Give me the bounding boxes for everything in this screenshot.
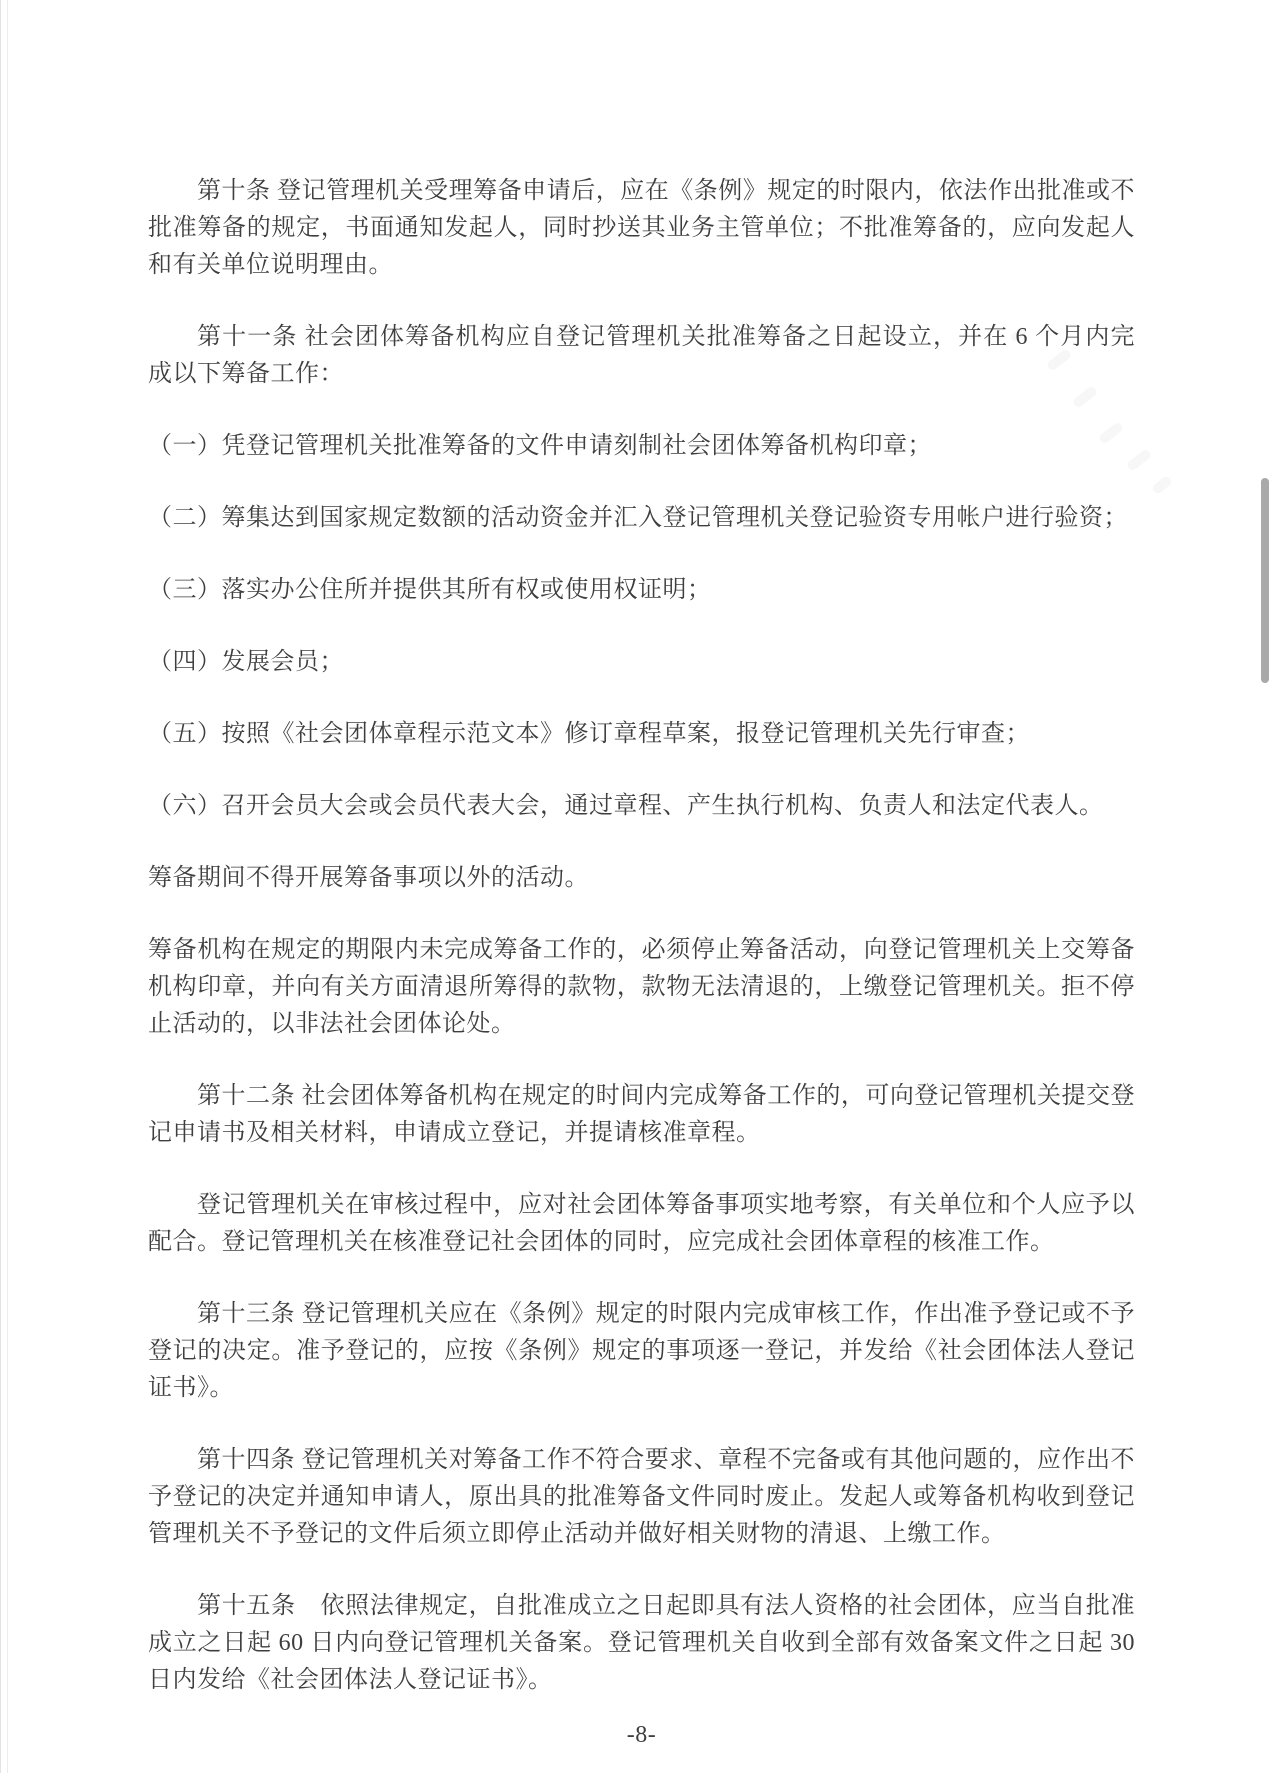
- paragraph: 第十三条 登记管理机关应在《条例》规定的时限内完成审核工作，作出准予登记或不予登…: [148, 1296, 1135, 1407]
- paragraph: 第十四条 登记管理机关对筹备工作不符合要求、章程不完备或有其他问题的，应作出不予…: [148, 1442, 1135, 1553]
- paragraph: （五）按照《社会团体章程示范文本》修订章程草案，报登记管理机关先行审查；: [148, 716, 1135, 753]
- document-body: 第十条 登记管理机关受理筹备申请后，应在《条例》规定的时限内，依法作出批准或不批…: [148, 173, 1135, 1754]
- scrollbar-thumb[interactable]: [1261, 478, 1269, 683]
- paragraph: 第十条 登记管理机关受理筹备申请后，应在《条例》规定的时限内，依法作出批准或不批…: [148, 173, 1135, 284]
- paragraph: 筹备期间不得开展筹备事项以外的活动。: [148, 860, 1135, 897]
- paragraph: 第十二条 社会团体筹备机构在规定的时间内完成筹备工作的，可向登记管理机关提交登记…: [148, 1078, 1135, 1152]
- paragraph: （三）落实办公住所并提供其所有权或使用权证明；: [148, 572, 1135, 609]
- document-page: { "colors": { "background": "#ffffff", "…: [0, 0, 1270, 1773]
- watermark-smudge: [1151, 475, 1173, 495]
- paragraph: 登记管理机关在审核过程中，应对社会团体筹备事项实地考察，有关单位和个人应予以配合…: [148, 1187, 1135, 1261]
- paragraph: 第十五条 依照法律规定，自批准成立之日起即具有法人资格的社会团体，应当自批准成立…: [148, 1588, 1135, 1699]
- paragraph: 筹备机构在规定的期限内未完成筹备工作的，必须停止筹备活动，向登记管理机关上交筹备…: [148, 932, 1135, 1043]
- paragraph: 第十一条 社会团体筹备机构应自登记管理机关批准筹备之日起设立，并在 6 个月内完…: [148, 319, 1135, 393]
- paragraph: （二）筹集达到国家规定数额的活动资金并汇入登记管理机关登记验资专用帐户进行验资；: [148, 500, 1135, 537]
- paragraph: （六）召开会员大会或会员代表大会，通过章程、产生执行机构、负责人和法定代表人。: [148, 788, 1135, 825]
- page-edge-line: [7, 0, 8, 1773]
- paragraph: （一）凭登记管理机关批准筹备的文件申请刻制社会团体筹备机构印章；: [148, 428, 1135, 465]
- paragraph: （四）发展会员；: [148, 644, 1135, 681]
- page-edge-line: [0, 0, 1, 1773]
- page-number: -8-: [148, 1717, 1135, 1754]
